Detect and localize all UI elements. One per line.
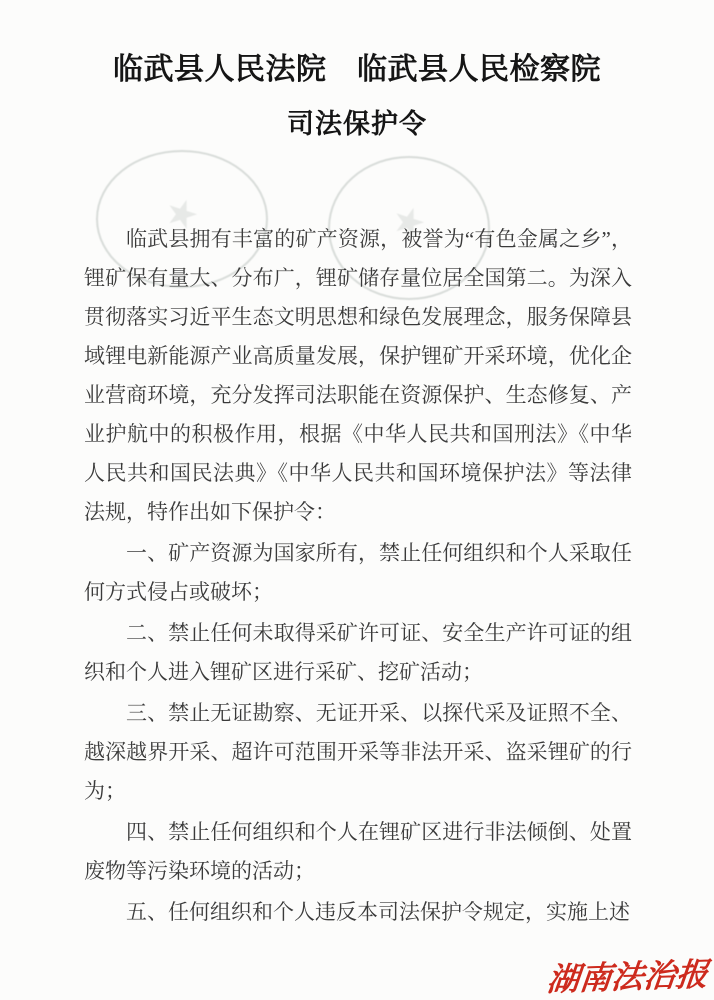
body-paragraph-item-2: 二、禁止任何未取得采矿许可证、安全生产许可证的组织和个人进入锂矿区进行采矿、挖矿… xyxy=(84,614,632,692)
body-paragraph-intro: 临武县拥有丰富的矿产资源，被誉为“有色金属之乡”，锂矿保有量大、分布广，锂矿储存… xyxy=(84,220,632,532)
body-paragraph-item-3: 三、禁止无证勘察、无证开采、以探代采及证照不全、越深越界开采、超许可范围开采等非… xyxy=(84,694,632,811)
body-paragraph-item-4: 四、禁止任何组织和个人在锂矿区进行非法倾倒、处置废物等污染环境的活动； xyxy=(84,813,632,891)
document-body: 临武县拥有丰富的矿产资源，被誉为“有色金属之乡”，锂矿保有量大、分布广，锂矿储存… xyxy=(84,220,632,932)
body-paragraph-item-1: 一、矿产资源为国家所有，禁止任何组织和个人采取任何方式侵占或破坏； xyxy=(84,534,632,612)
document-title: 临武县人民法院 临武县人民检察院 xyxy=(0,0,714,88)
body-paragraph-item-5: 五、任何组织和个人违反本司法保护令规定，实施上述 xyxy=(84,893,632,932)
document-subtitle: 司法保护令 xyxy=(0,88,714,140)
document-page: ★ ★ 临武县人民法院 临武县人民检察院 司法保护令 临武县拥有丰富的矿产资源，… xyxy=(0,0,714,1000)
hunan-fazhibao-watermark: 湖南法治报 xyxy=(545,956,710,998)
